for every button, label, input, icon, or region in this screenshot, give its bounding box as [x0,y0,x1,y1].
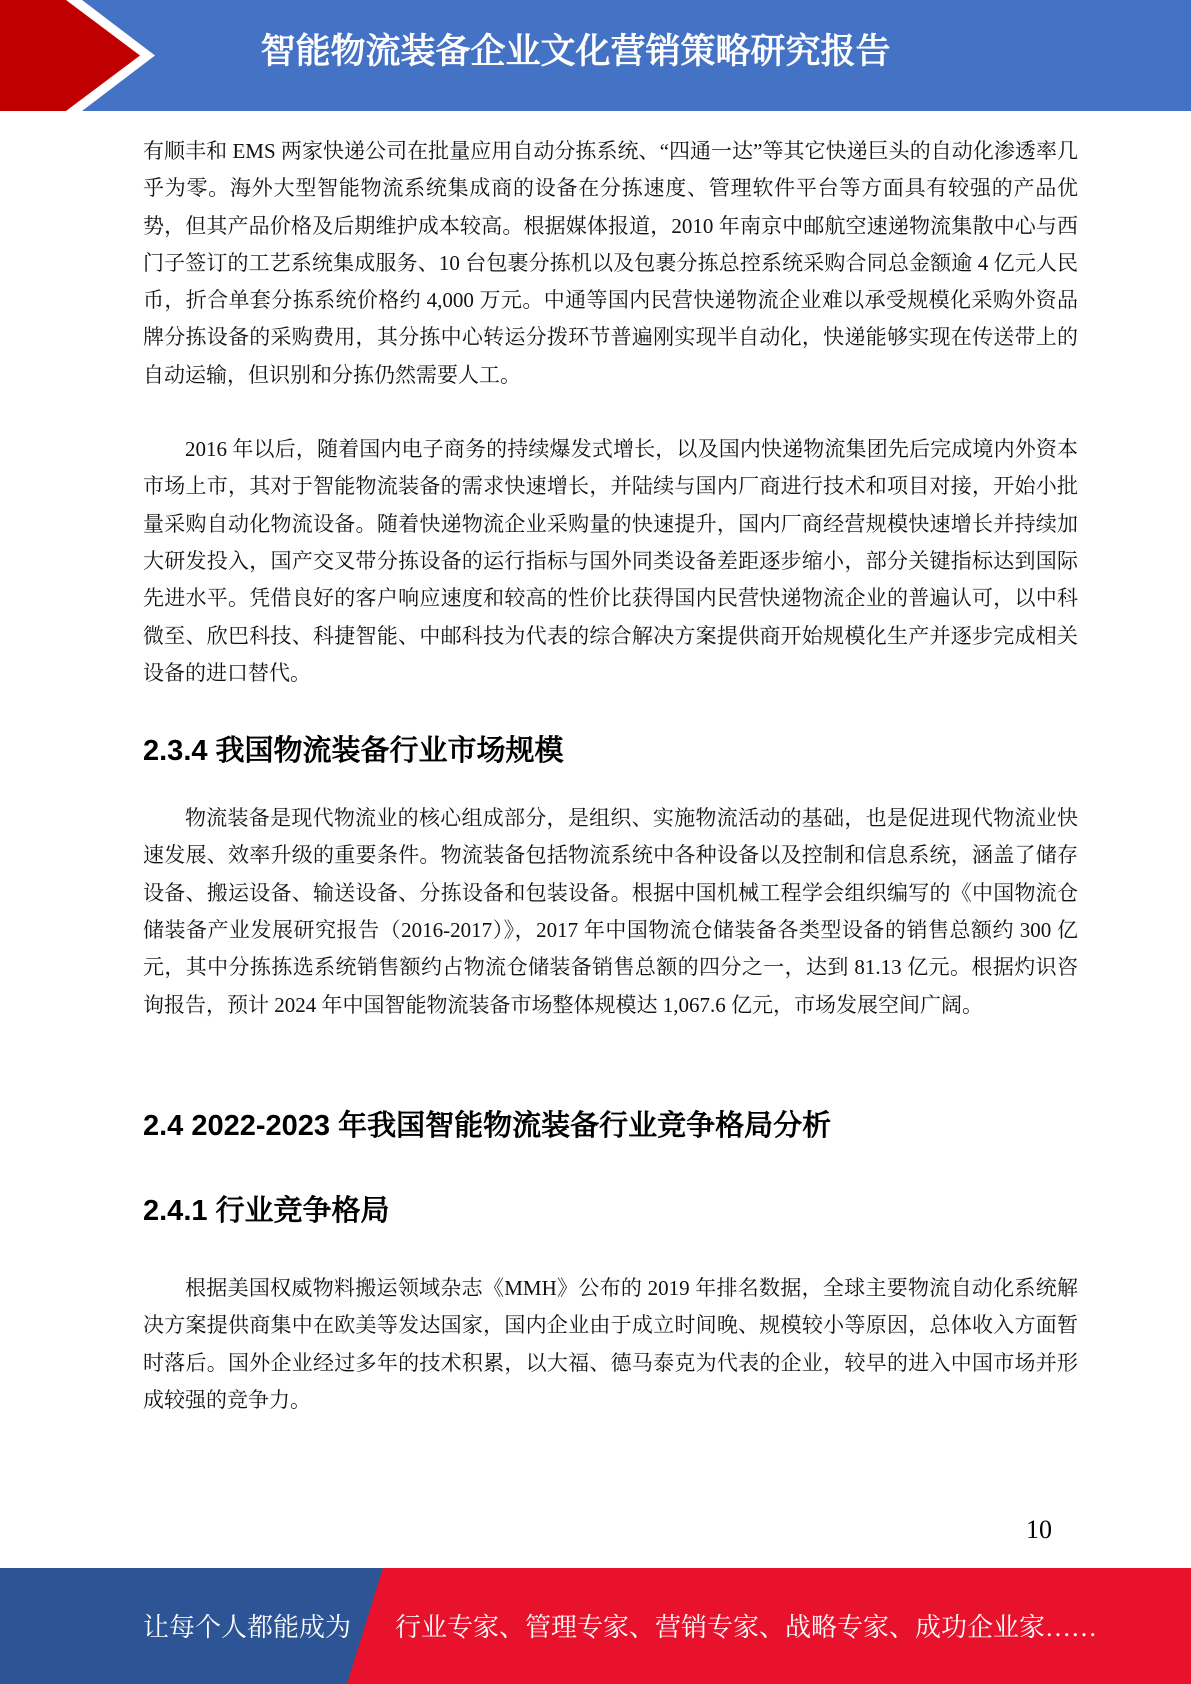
footer-slogan-left: 让每个人都能成为 [143,1607,351,1644]
report-page: 智能物流装备企业文化营销策略研究报告 有顺丰和 EMS 两家快递公司在批量应用自… [0,0,1191,1684]
footer-slogan-right: 行业专家、管理专家、营销专家、战略专家、成功企业家…… [395,1607,1097,1644]
page-body: 有顺丰和 EMS 两家快递公司在批量应用自动分拣系统、“四通一达”等其它快递巨头… [0,111,1191,1456]
section-heading-2-4-1: 2.4.1 行业竞争格局 [143,1189,1078,1233]
body-paragraph-4: 根据美国权威物料搬运领域杂志《MMH》公布的 2019 年排名数据，全球主要物流… [143,1270,1078,1419]
body-paragraph-3: 物流装备是现代物流业的核心组成部分，是组织、实施物流活动的基础，也是促进现代物流… [143,800,1078,1024]
page-footer: 让每个人都能成为 行业专家、管理专家、营销专家、战略专家、成功企业家…… [0,1568,1191,1684]
body-paragraph-2: 2016 年以后，随着国内电子商务的持续爆发式增长，以及国内快递物流集团先后完成… [143,431,1078,692]
report-title: 智能物流装备企业文化营销策略研究报告 [0,0,1171,111]
page-header: 智能物流装备企业文化营销策略研究报告 [0,0,1191,111]
section-heading-2-4: 2.4 2022-2023 年我国智能物流装备行业竞争格局分析 [143,1104,1078,1148]
page-number: 10 [1026,1514,1052,1546]
body-paragraph-1: 有顺丰和 EMS 两家快递公司在批量应用自动分拣系统、“四通一达”等其它快递巨头… [143,133,1078,394]
section-heading-2-3-4: 2.3.4 我国物流装备行业市场规模 [143,729,1078,773]
